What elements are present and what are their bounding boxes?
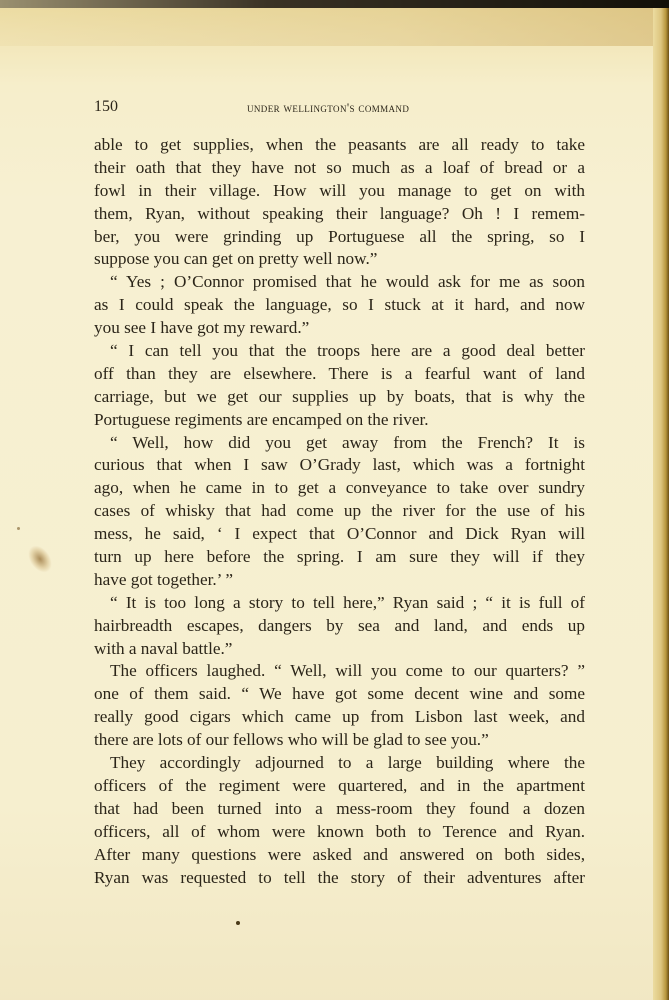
text-line: Ryan was requested to tell the story of … (94, 867, 585, 890)
text-line: their oath that they have not so much as… (94, 157, 585, 180)
text-line: there are lots of our fellows who will b… (94, 729, 585, 752)
text-line: able to get supplies, when the peasants … (94, 134, 585, 157)
text-line: “ Well, how did you get away from the Fr… (94, 432, 585, 455)
text-line: ago, when he came in to get a conveyance… (94, 477, 585, 500)
text-line: really good cigars which came up from Li… (94, 706, 585, 729)
text-line: officers, all of whom were known both to… (94, 821, 585, 844)
text-line: you see I have got my reward.” (94, 317, 585, 340)
text-line: carriage, but we get our supplies up by … (94, 386, 585, 409)
text-line: ber, you were grinding up Portuguese all… (94, 226, 585, 249)
text-line: Portuguese regiments are encamped on the… (94, 409, 585, 432)
text-line: “ I can tell you that the troops here ar… (94, 340, 585, 363)
page-number: 150 (94, 98, 118, 116)
text-line: turn up here before the spring. I am sur… (94, 546, 585, 569)
text-line: that had been turned into a mess-room th… (94, 798, 585, 821)
page-edge-top (0, 0, 669, 8)
book-page: 150 UNDER WELLINGTON'S COMMAND able to g… (0, 6, 662, 1000)
page-edge-right (653, 0, 669, 1000)
text-line: them, Ryan, without speaking their langu… (94, 203, 585, 226)
text-line: as I could speak the language, so I stuc… (94, 294, 585, 317)
text-line: mess, he said, ‘ I expect that O’Connor … (94, 523, 585, 546)
text-line: “ It is too long a story to tell here,” … (94, 592, 585, 615)
text-line: off than they are elsewhere. There is a … (94, 363, 585, 386)
running-head: UNDER WELLINGTON'S COMMAND (247, 101, 409, 116)
text-line: have got together.’ ” (94, 569, 585, 592)
text-line: with a naval battle.” (94, 638, 585, 661)
text-line: The officers laughed. “ Well, will you c… (94, 660, 585, 683)
text-line: hairbreadth escapes, dangers by sea and … (94, 615, 585, 638)
text-line: After many questions were asked and answ… (94, 844, 585, 867)
text-line: curious that when I saw O’Grady last, wh… (94, 454, 585, 477)
text-line: fowl in their village. How will you mana… (94, 180, 585, 203)
text-line: “ Yes ; O’Connor promised that he would … (94, 271, 585, 294)
text-line: suppose you can get on pretty well now.” (94, 248, 585, 271)
text-line: They accordingly adjourned to a large bu… (94, 752, 585, 775)
text-line: one of them said. “ We have got some dec… (94, 683, 585, 706)
page-header: 150 UNDER WELLINGTON'S COMMAND (94, 98, 584, 118)
text-line: cases of whisky that had come up the riv… (94, 500, 585, 523)
text-line: officers of the regiment were quartered,… (94, 775, 585, 798)
ink-blot-mark (23, 541, 57, 577)
body-text: able to get supplies, when the peasants … (94, 134, 585, 889)
paper-speck (236, 921, 240, 925)
paper-speck (17, 527, 20, 530)
